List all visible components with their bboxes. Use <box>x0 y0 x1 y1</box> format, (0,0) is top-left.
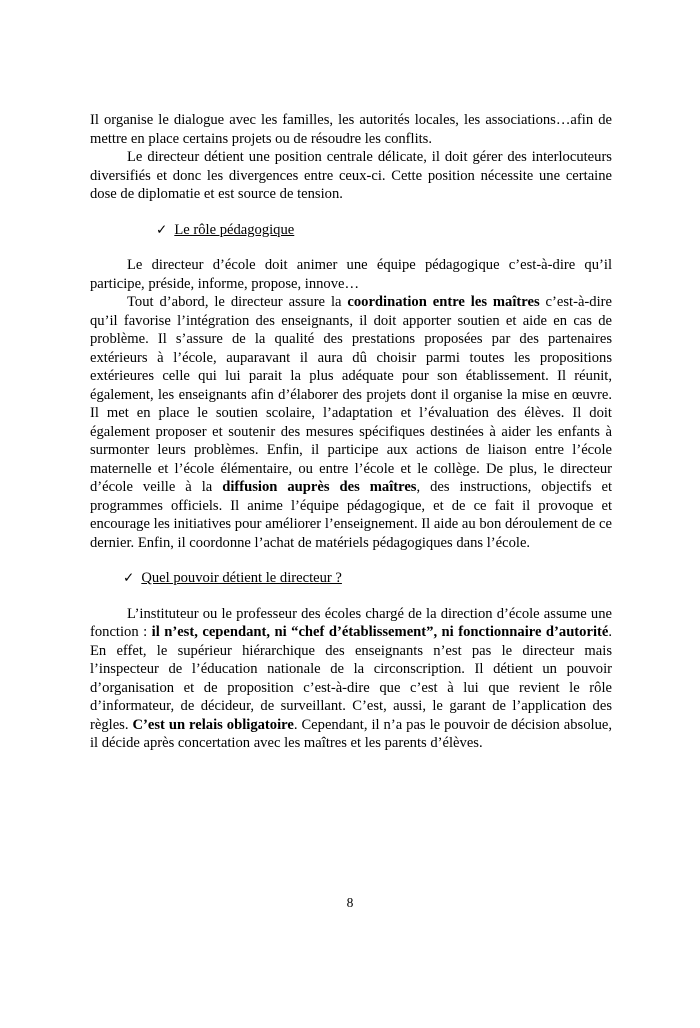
page-number: 8 <box>0 895 700 911</box>
text-run: Le directeur d’école doit animer une équ… <box>90 257 612 292</box>
paragraph-instituteur-fonction: L’instituteur ou le professeur des école… <box>90 605 612 753</box>
bold-text-run: il n’est, cependant, ni “chef d’établiss… <box>152 624 609 640</box>
text-run: Tout d’abord, le directeur assure la <box>127 294 347 310</box>
heading-role-pedagogique: ✓Le rôle pédagogique <box>90 221 612 240</box>
bold-text-run: coordination entre les maîtres <box>347 294 539 310</box>
checkmark-icon: ✓ <box>123 569 134 588</box>
document-page: Il organise le dialogue avec les famille… <box>0 0 700 1028</box>
bold-text-run: C’est un relais obligatoire <box>132 717 293 733</box>
bold-text-run: diffusion auprès des maîtres <box>222 479 416 495</box>
text-run: Il organise le dialogue avec les famille… <box>90 112 612 147</box>
heading-label: Le rôle pédagogique <box>174 222 294 238</box>
paragraph-position-delicate: Le directeur détient une position centra… <box>90 148 612 204</box>
paragraph-coordination-maitres: Tout d’abord, le directeur assure la coo… <box>90 293 612 552</box>
checkmark-icon: ✓ <box>156 221 167 240</box>
text-run: c’est-à-dire qu’il favorise l’intégratio… <box>90 294 612 495</box>
paragraph-animer-equipe: Le directeur d’école doit animer une équ… <box>90 256 612 293</box>
heading-pouvoir-directeur: ✓Quel pouvoir détient le directeur ? <box>90 569 612 588</box>
heading-label: Quel pouvoir détient le directeur ? <box>141 570 342 586</box>
paragraph-dialogue-familles: Il organise le dialogue avec les famille… <box>90 111 612 148</box>
text-run: Le directeur détient une position centra… <box>90 149 612 202</box>
document-body: Il organise le dialogue avec les famille… <box>90 111 612 753</box>
